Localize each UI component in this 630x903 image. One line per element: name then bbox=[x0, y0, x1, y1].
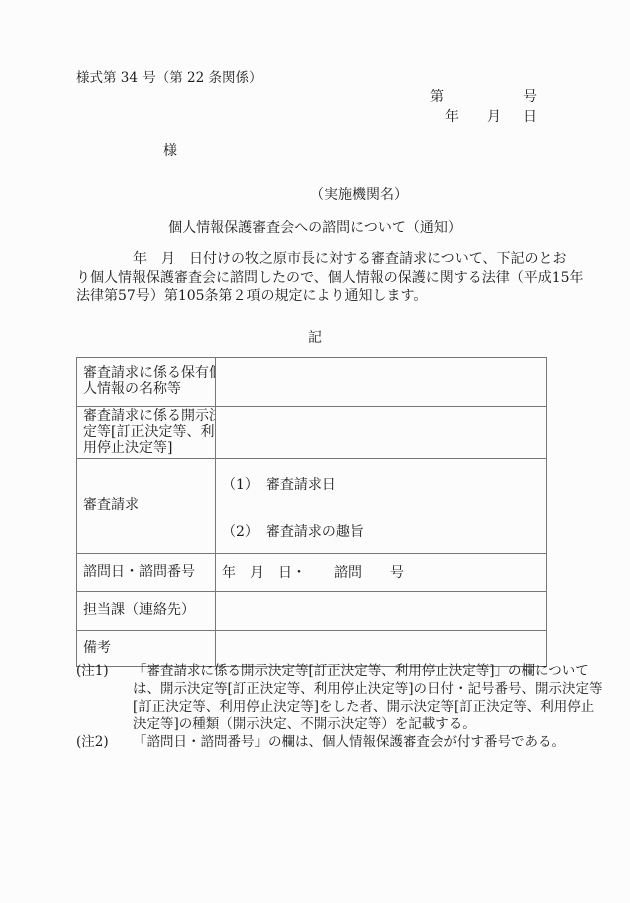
form-number: 様式第 34 号（第 22 条関係） bbox=[76, 70, 263, 86]
body-line: り個人情報保護審査会に諮問したので、個人情報の保護に関する法律（平成15年 bbox=[76, 269, 549, 288]
label-line: 備考 bbox=[83, 641, 209, 657]
document-page: 様式第 34 号（第 22 条関係） 第 号 年 月 日 様 （実施機関名） 個… bbox=[0, 0, 630, 903]
label-line: 人情報の名称等 bbox=[83, 382, 209, 398]
row-label-disclosure-decision: 審査請求に係る開示決 定等[訂正決定等、利 用停止決定等] bbox=[77, 407, 216, 459]
note-line: 「審査請求に係る開示決定等[訂正決定等、利用停止決定等]」の欄について bbox=[133, 663, 568, 681]
table-row-consultation-number: 諮問日・諮問番号 年 月 日・ 諮問 号 bbox=[77, 554, 547, 592]
note-line: 決定等]の種類（開示決定、不開示決定等）を記載する。 bbox=[133, 716, 568, 734]
value-line-request-purpose: （2） 審査請求の趣旨 bbox=[222, 524, 540, 540]
notes: (注1) 「審査請求に係る開示決定等[訂正決定等、利用停止決定等]」の欄について… bbox=[76, 663, 568, 752]
row-value-contact-section bbox=[216, 592, 547, 631]
date-day-label: 日 bbox=[523, 109, 537, 125]
label-line: 諮問日・諮問番号 bbox=[83, 565, 209, 581]
row-label-held-info: 審査請求に係る保有個 人情報の名称等 bbox=[77, 358, 216, 407]
row-value-disclosure-decision bbox=[216, 407, 547, 459]
document-title: 個人情報保護審査会への諮問について（通知） bbox=[0, 217, 630, 237]
record-marker: 記 bbox=[0, 327, 630, 347]
body-paragraph: 年 月 日付けの牧之原市長に対する審査請求について、下記のとお り個人情報保護審… bbox=[76, 250, 549, 306]
note-line: 「諮問日・諮問番号」の欄は、個人情報保護審査会が付す番号である。 bbox=[133, 734, 568, 752]
issuer-name-placeholder: （実施機関名） bbox=[310, 187, 408, 203]
note-1: (注1) 「審査請求に係る開示決定等[訂正決定等、利用停止決定等]」の欄について… bbox=[76, 663, 568, 734]
label-line: 定等[訂正決定等、利 bbox=[83, 425, 209, 441]
note-line: [訂正決定等、利用停止決定等]をした者、開示決定等[訂正決定等、利用停止 bbox=[133, 699, 568, 717]
label-line: 審査請求に係る保有個 bbox=[83, 366, 209, 382]
label-line: 用停止決定等] bbox=[83, 441, 209, 457]
value-line-request-date: （1） 審査請求日 bbox=[222, 477, 540, 493]
table-row-review-request: 審査請求 （1） 審査請求日 （2） 審査請求の趣旨 bbox=[77, 459, 547, 554]
row-label-contact-section: 担当課（連絡先） bbox=[77, 592, 216, 631]
date-month-label: 月 bbox=[487, 109, 501, 125]
table-row-disclosure-decision: 審査請求に係る開示決 定等[訂正決定等、利 用停止決定等] bbox=[77, 407, 547, 459]
row-label-remarks: 備考 bbox=[77, 631, 216, 667]
date-year-label: 年 bbox=[445, 109, 459, 125]
table-row-contact-section: 担当課（連絡先） bbox=[77, 592, 547, 631]
row-value-held-info bbox=[216, 358, 547, 407]
table-row-remarks: 備考 bbox=[77, 631, 547, 667]
row-label-consultation-number: 諮問日・諮問番号 bbox=[77, 554, 216, 592]
row-value-consultation-number: 年 月 日・ 諮問 号 bbox=[216, 554, 547, 592]
label-line: 審査請求に係る開示決 bbox=[83, 409, 209, 425]
note-line: は、開示決定等[訂正決定等、利用停止決定等]の日付・記号番号、開示決定等 bbox=[133, 681, 568, 699]
label-line: 審査請求 bbox=[83, 498, 209, 514]
addressee-honorific: 様 bbox=[163, 143, 177, 159]
row-value-remarks bbox=[216, 631, 547, 667]
doc-number-suffix: 号 bbox=[523, 89, 537, 105]
note-2-label: (注2) bbox=[76, 734, 109, 752]
row-value-review-request: （1） 審査請求日 （2） 審査請求の趣旨 bbox=[216, 459, 547, 554]
doc-number-prefix: 第 bbox=[430, 89, 444, 105]
notification-table: 審査請求に係る保有個 人情報の名称等 審査請求に係る開示決 定等[訂正決定等、利… bbox=[76, 357, 547, 667]
label-line: 担当課（連絡先） bbox=[83, 603, 209, 619]
value-line-consultation: 年 月 日・ 諮問 号 bbox=[222, 565, 540, 581]
body-line: 法律第57号）第105条第２項の規定により通知します。 bbox=[76, 287, 549, 306]
note-1-label: (注1) bbox=[76, 663, 109, 681]
note-2: (注2) 「諮問日・諮問番号」の欄は、個人情報保護審査会が付す番号である。 bbox=[76, 734, 568, 752]
table-row-held-info: 審査請求に係る保有個 人情報の名称等 bbox=[77, 358, 547, 407]
row-label-review-request: 審査請求 bbox=[77, 459, 216, 554]
body-line: 年 月 日付けの牧之原市長に対する審査請求について、下記のとお bbox=[76, 250, 549, 269]
